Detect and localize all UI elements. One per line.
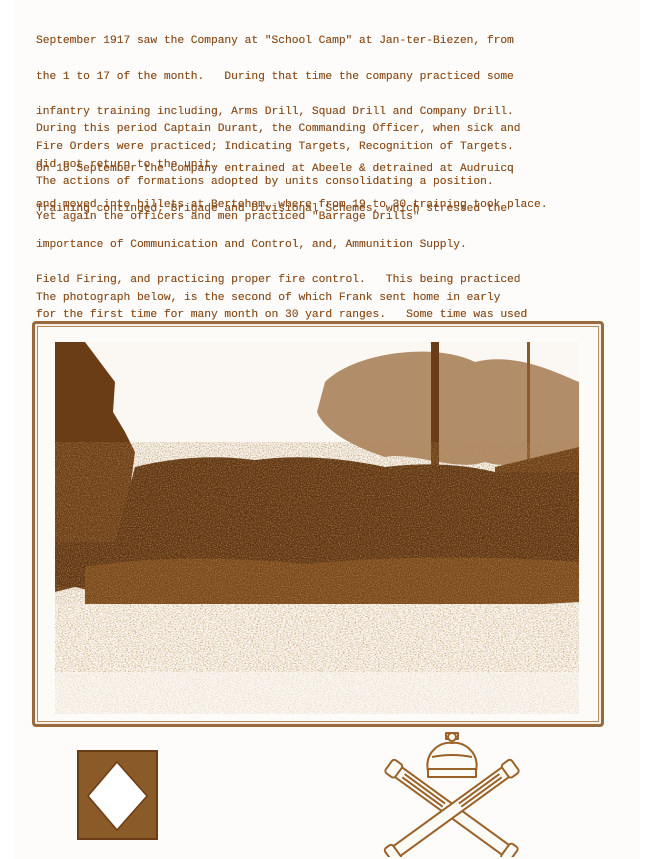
text-line: On 18 September the Company entrained at… [36, 164, 636, 176]
text-line: Training continued; Brigade and Division… [36, 204, 636, 216]
text-line: September 1917 saw the Company at "Schoo… [36, 36, 636, 48]
machine-gun-corps-badge-icon [372, 731, 532, 857]
divisional-diamond-icon [77, 750, 158, 840]
text-line: During this period Captain Durant, the C… [36, 124, 636, 136]
text-line: The photograph below, is the second of w… [36, 293, 636, 305]
group-photograph [55, 342, 579, 714]
photograph-image [55, 342, 579, 714]
photograph-frame [32, 321, 604, 727]
text-line: the 1 to 17 of the month. During that ti… [36, 72, 636, 84]
text-line: importance of Communication and Control,… [36, 240, 636, 252]
